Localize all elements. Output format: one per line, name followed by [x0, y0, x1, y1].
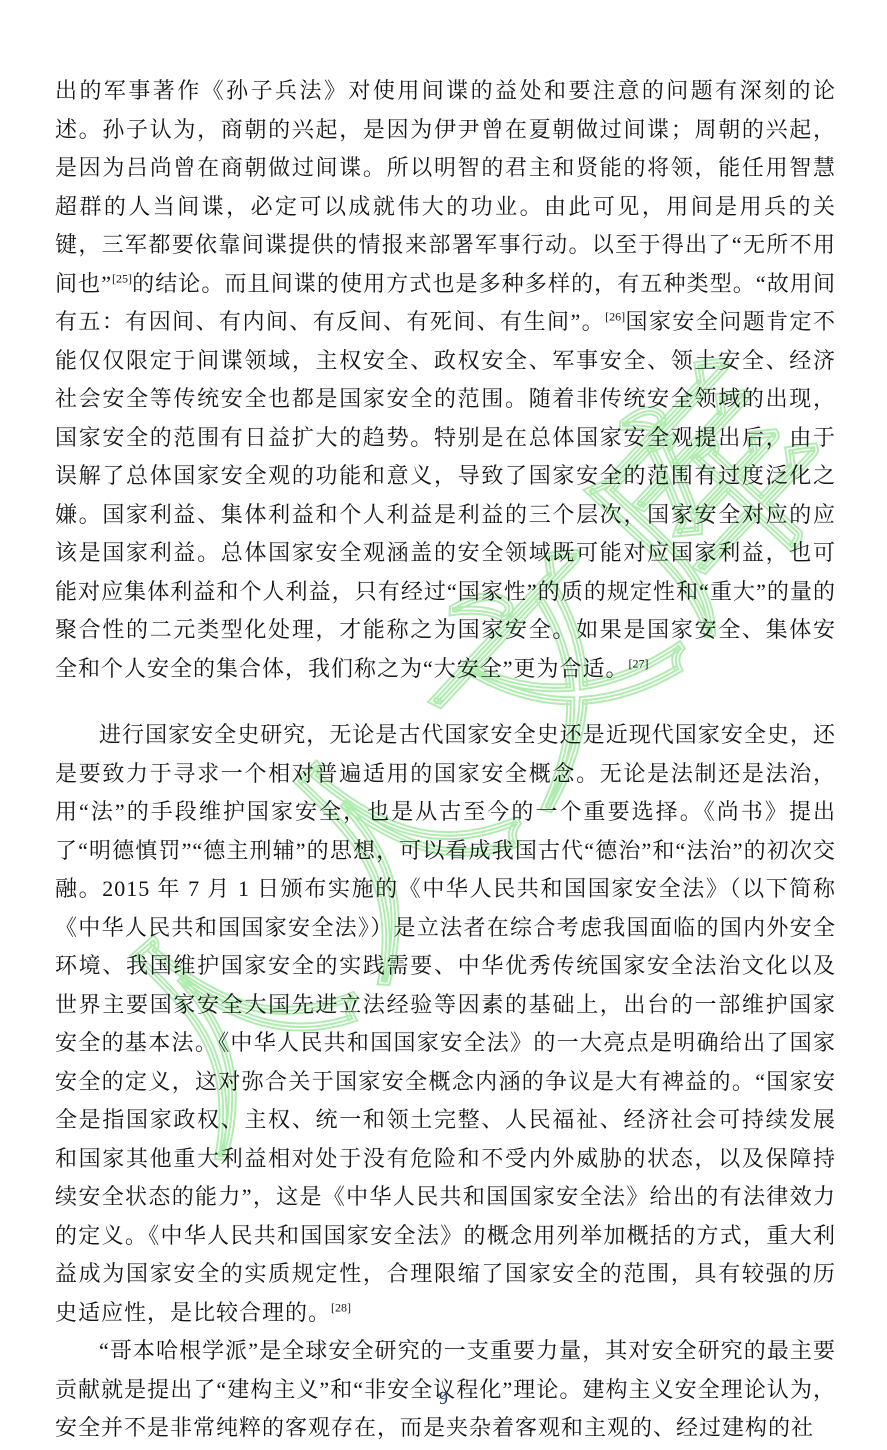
- page-number: 9: [439, 1388, 448, 1408]
- document-body: 出的军事著作《孙子兵法》对使用间谍的益处和要注意的问题有深刻的论述。孙子认为，商…: [55, 72, 836, 1448]
- footnote-marker: [27]: [629, 656, 649, 670]
- footnote-marker: [25]: [112, 271, 132, 285]
- footnote-marker: [26]: [605, 310, 625, 324]
- document-page: 人人文库 出的军事著作《孙子兵法》对使用间谍的益处和要注意的问题有深刻的论述。孙…: [0, 0, 887, 1450]
- page-footer: 9: [0, 1388, 887, 1409]
- paragraph: 进行国家安全史研究，无论是古代国家安全史还是近现代国家安全史，还是要致力于寻求一…: [55, 716, 836, 1332]
- footnote-marker: [28]: [331, 1300, 351, 1314]
- paragraph: 出的军事著作《孙子兵法》对使用间谍的益处和要注意的问题有深刻的论述。孙子认为，商…: [55, 72, 836, 688]
